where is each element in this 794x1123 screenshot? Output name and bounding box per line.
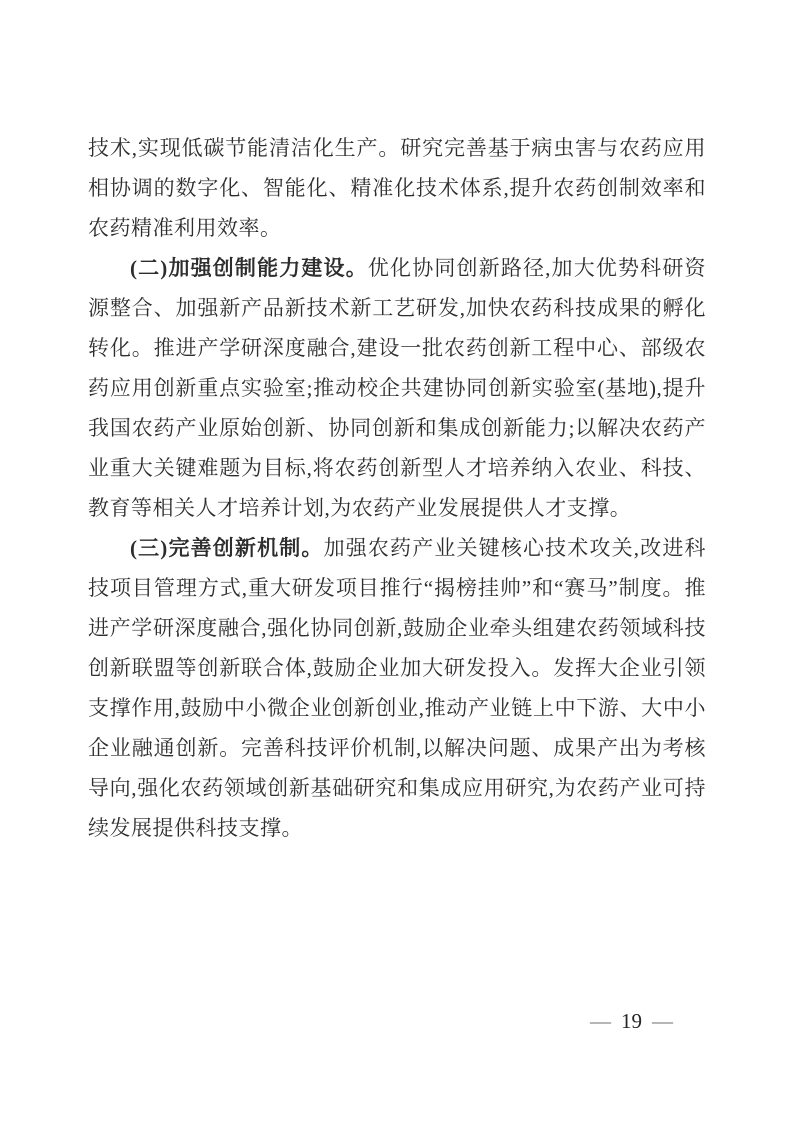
page-number-value: 19 (621, 1009, 642, 1033)
paragraph-body: 加强农药产业关键核心技术攻关,改进科技项目管理方式,重大研发项目推行“揭榜挂帅”… (88, 536, 706, 840)
paragraph-body: 优化协同创新路径,加大优势科研资源整合、加强新产品新技术新工艺研发,加快农药科技… (88, 256, 706, 520)
paragraph: 技术,实现低碳节能清洁化生产。研究完善基于病虫害与农药应用相协调的数字化、智能化… (88, 128, 706, 248)
page-number: —19— (590, 1008, 673, 1034)
paragraph-lead: (二)加强创制能力建设。 (130, 256, 368, 280)
paragraph-lead: (三)完善创新机制。 (130, 536, 324, 560)
document-page: 技术,实现低碳节能清洁化生产。研究完善基于病虫害与农药应用相协调的数字化、智能化… (0, 0, 794, 1123)
document-body: 技术,实现低碳节能清洁化生产。研究完善基于病虫害与农药应用相协调的数字化、智能化… (88, 128, 706, 848)
paragraph: (三)完善创新机制。加强农药产业关键核心技术攻关,改进科技项目管理方式,重大研发… (88, 528, 706, 848)
paragraph: (二)加强创制能力建设。优化协同创新路径,加大优势科研资源整合、加强新产品新技术… (88, 248, 706, 528)
page-number-dash-left: — (590, 1009, 611, 1033)
page-number-dash-right: — (652, 1009, 673, 1033)
paragraph-body: 技术,实现低碳节能清洁化生产。研究完善基于病虫害与农药应用相协调的数字化、智能化… (88, 136, 706, 240)
